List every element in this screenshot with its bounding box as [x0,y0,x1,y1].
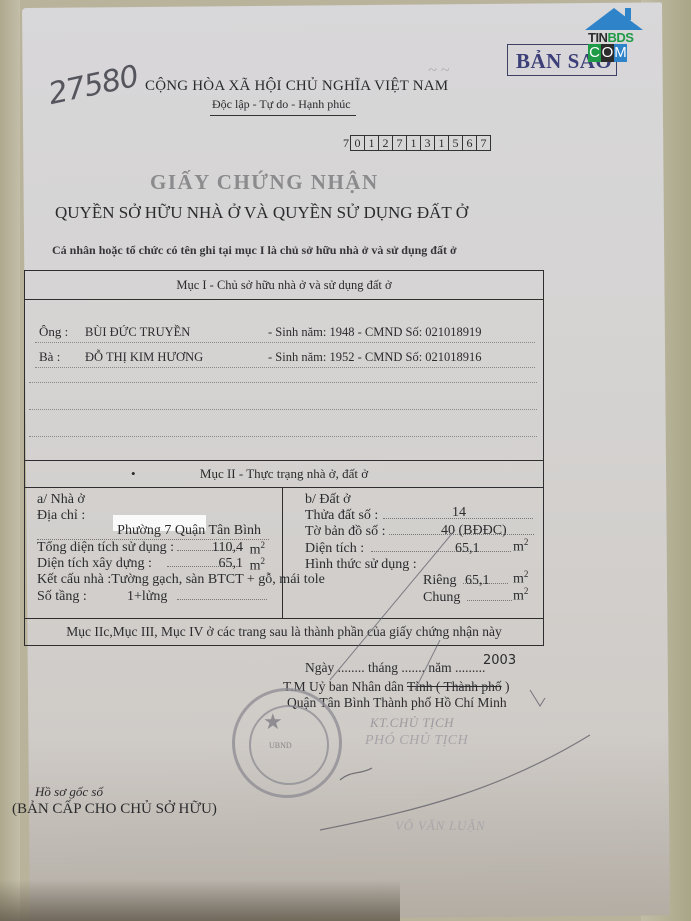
shadow [0,880,400,921]
pen-strokes [0,0,691,921]
